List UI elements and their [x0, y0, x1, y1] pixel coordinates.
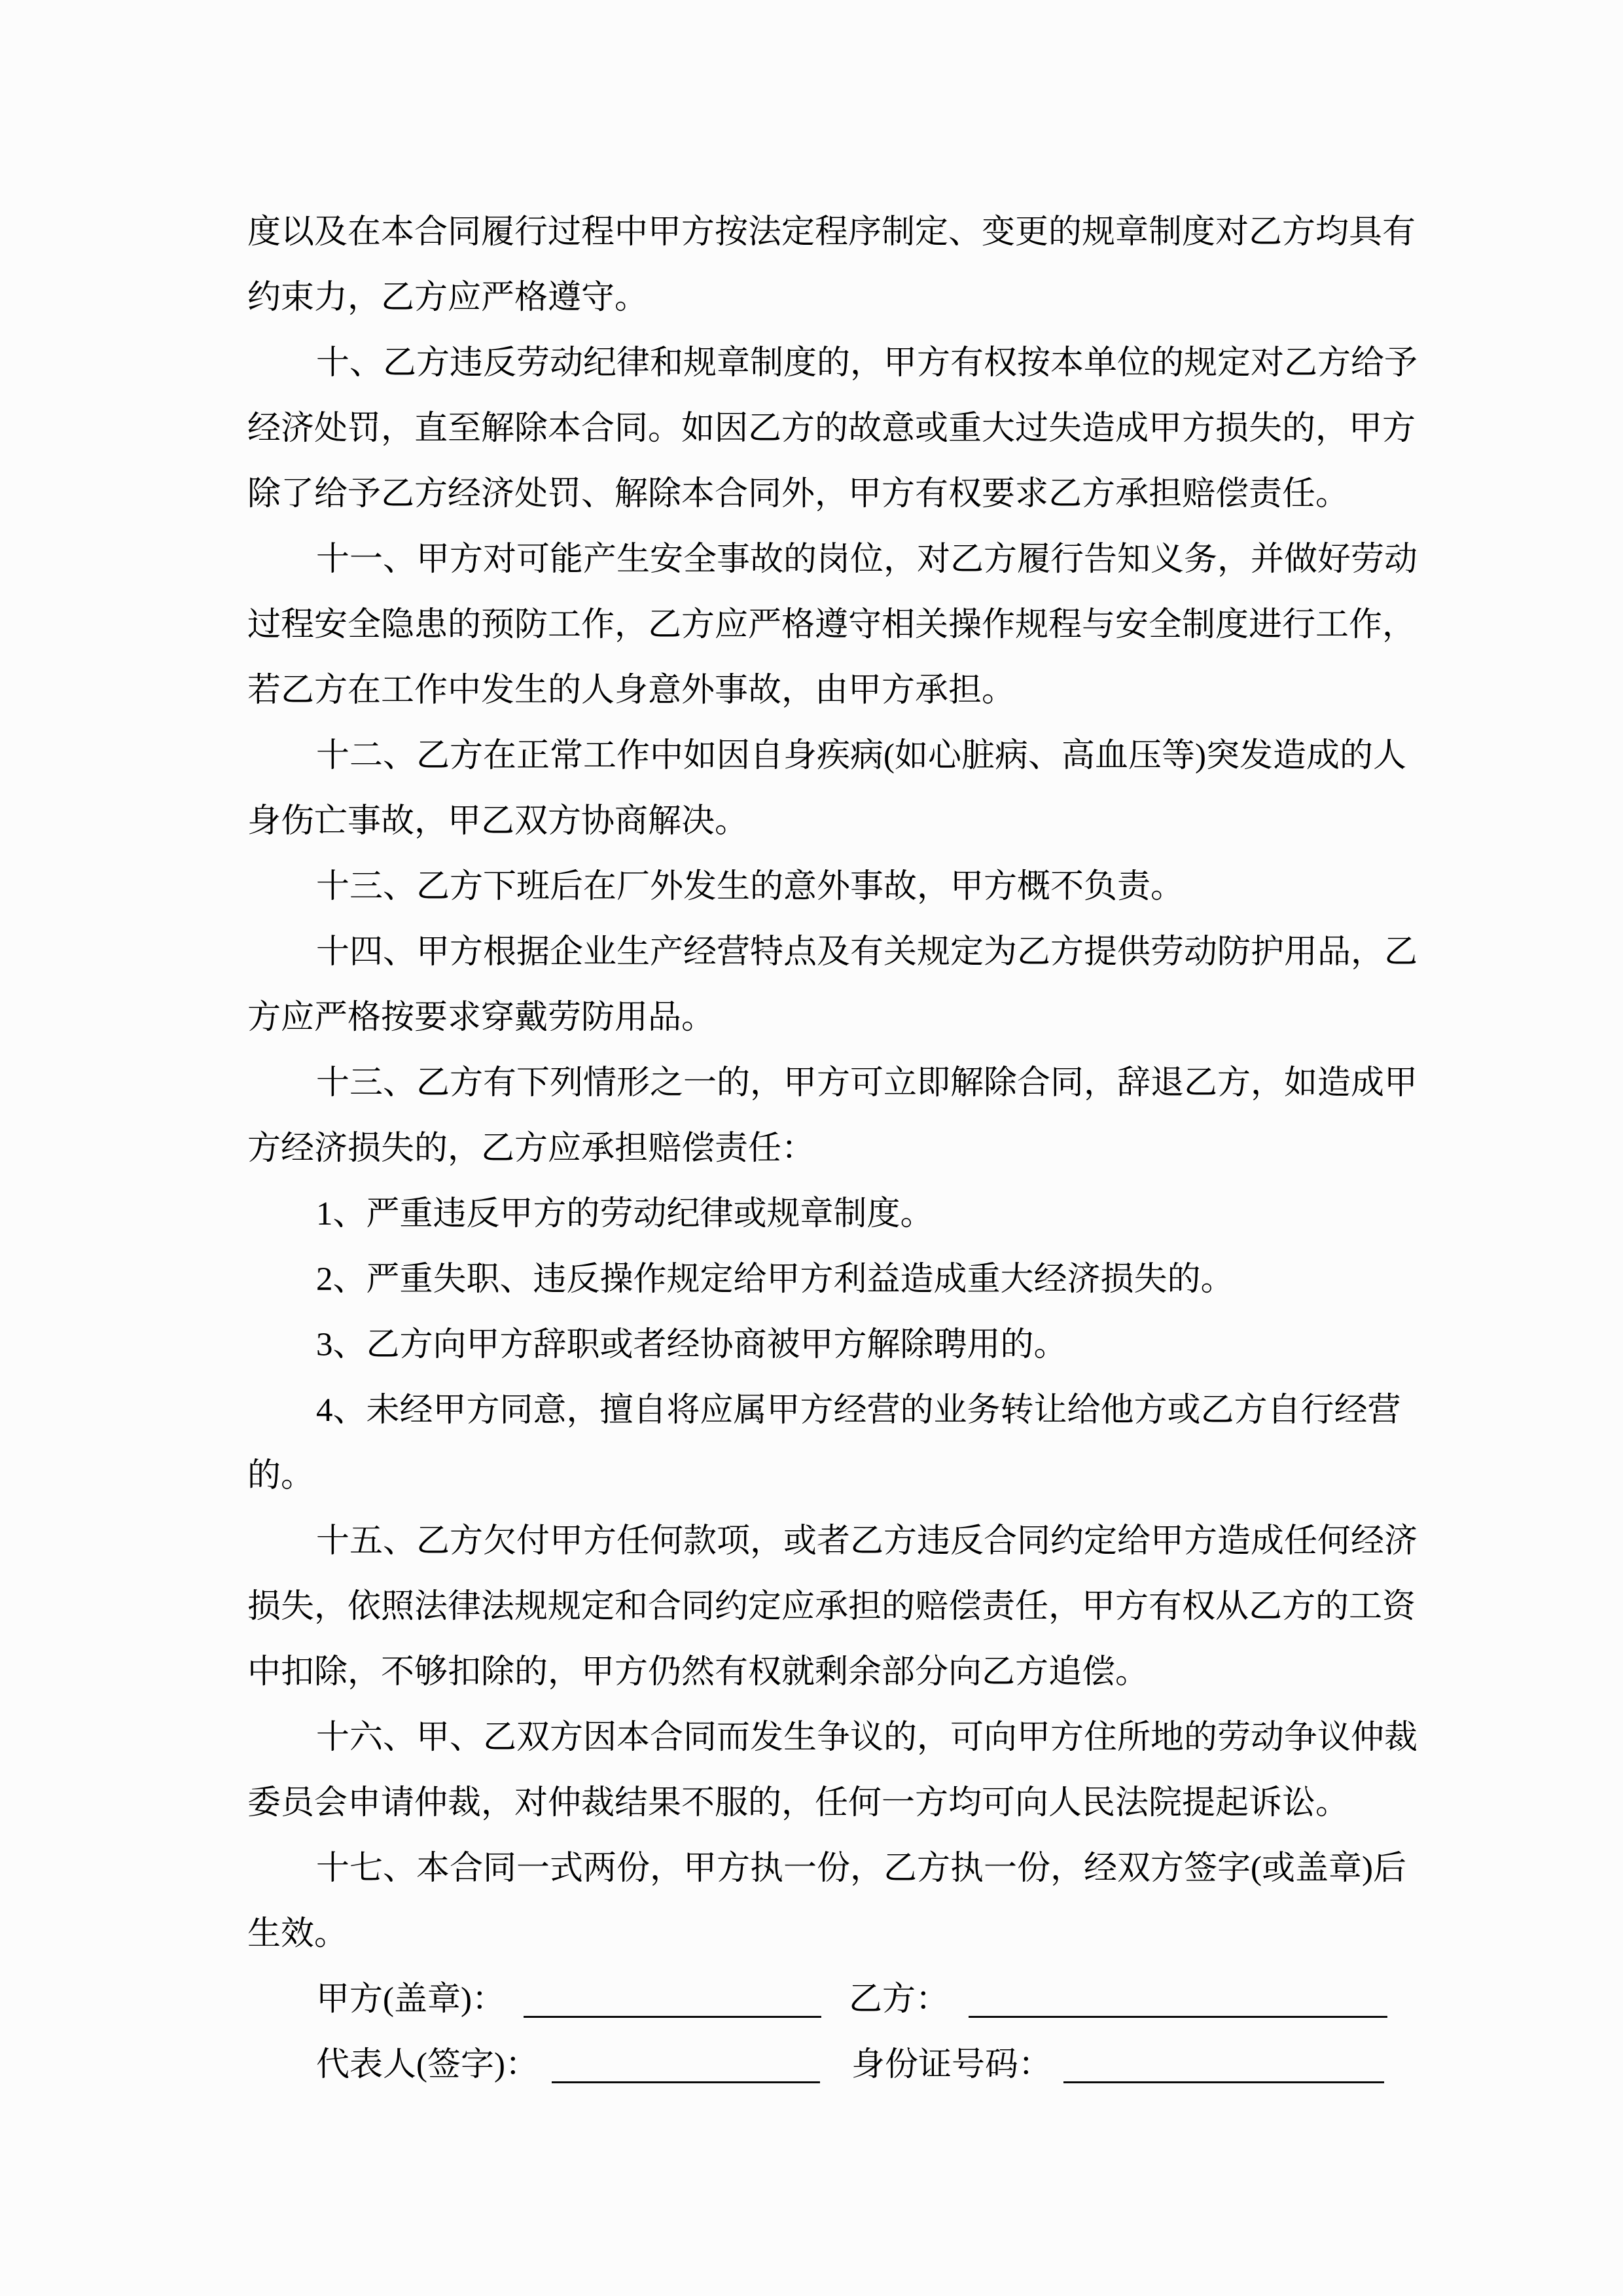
contract-line: 十六、甲、乙双方因本合同而发生争议的，可向甲方住所地的劳动争议仲裁 — [247, 1705, 1418, 1770]
contract-line: 十一、甲方对可能产生安全事故的岗位，对乙方履行告知义务，并做好劳动 — [247, 527, 1418, 592]
representative-signature-blank — [552, 2081, 820, 2083]
party-a-signature-blank — [524, 2016, 821, 2018]
contract-line: 若乙方在工作中发生的人身意外事故，由甲方承担。 — [247, 658, 1418, 723]
party-b-label: 乙方： — [849, 1981, 949, 2018]
contract-line: 过程安全隐患的预防工作，乙方应严格遵守相关操作规程与安全制度进行工作， — [247, 592, 1418, 658]
contract-line: 十二、乙方在正常工作中如因自身疾病(如心脏病、高血压等)突发造成的人 — [247, 723, 1418, 789]
id-number-label: 身份证号码： — [851, 2047, 1052, 2083]
contract-line: 中扣除，不够扣除的，甲方仍然有权就剩余部分向乙方追偿。 — [247, 1640, 1418, 1705]
party-a-seal-label: 甲方(盖章)： — [316, 1981, 505, 2018]
contract-line: 2、严重失职、违反操作规定给甲方利益造成重大经济损失的。 — [247, 1247, 1418, 1312]
signature-row-representative: 代表人(签字)：身份证号码： — [316, 2032, 1384, 2098]
representative-sign-label: 代表人(签字)： — [316, 2047, 539, 2083]
contract-line: 十三、乙方下班后在厂外发生的意外事故，甲方概不负责。 — [247, 854, 1418, 920]
contract-line: 身伤亡事故，甲乙双方协商解决。 — [247, 789, 1418, 854]
contract-line: 3、乙方向甲方辞职或者经协商被甲方解除聘用的。 — [247, 1312, 1418, 1378]
contract-line: 生效。 — [247, 1901, 1418, 1967]
contract-line: 4、未经甲方同意，擅自将应属甲方经营的业务转让给他方或乙方自行经营 — [247, 1378, 1418, 1443]
contract-page: 度以及在本合同履行过程中甲方按法定程序制定、变更的规章制度对乙方均具有约束力，乙… — [0, 0, 1623, 2296]
contract-line: 度以及在本合同履行过程中甲方按法定程序制定、变更的规章制度对乙方均具有 — [247, 200, 1418, 265]
contract-line: 十四、甲方根据企业生产经营特点及有关规定为乙方提供劳动防护用品，乙 — [247, 920, 1418, 985]
contract-line: 约束力，乙方应严格遵守。 — [247, 265, 1418, 331]
contract-line: 经济处罚，直至解除本合同。如因乙方的故意或重大过失造成甲方损失的，甲方 — [247, 396, 1418, 461]
contract-line: 损失，依照法律法规规定和合同约定应承担的赔偿责任，甲方有权从乙方的工资 — [247, 1574, 1418, 1640]
contract-line: 委员会申请仲裁，对仲裁结果不服的，任何一方均可向人民法院提起诉讼。 — [247, 1770, 1418, 1836]
contract-body: 度以及在本合同履行过程中甲方按法定程序制定、变更的规章制度对乙方均具有约束力，乙… — [247, 200, 1418, 1967]
id-number-blank — [1063, 2081, 1384, 2083]
contract-line: 方应严格按要求穿戴劳防用品。 — [247, 985, 1418, 1050]
contract-line: 十三、乙方有下列情形之一的，甲方可立即解除合同，辞退乙方，如造成甲 — [247, 1050, 1418, 1116]
contract-line: 十七、本合同一式两份，甲方执一份，乙方执一份，经双方签字(或盖章)后 — [247, 1836, 1418, 1901]
contract-line: 十五、乙方欠付甲方任何款项，或者乙方违反合同约定给甲方造成任何经济 — [247, 1509, 1418, 1574]
contract-line: 1、严重违反甲方的劳动纪律或规章制度。 — [247, 1181, 1418, 1247]
contract-line: 的。 — [247, 1443, 1418, 1509]
contract-line: 方经济损失的，乙方应承担赔偿责任： — [247, 1116, 1418, 1181]
party-b-signature-blank — [969, 2016, 1387, 2018]
signature-row-party: 甲方(盖章)：乙方： — [316, 1967, 1387, 2032]
contract-line: 十、乙方违反劳动纪律和规章制度的，甲方有权按本单位的规定对乙方给予 — [247, 331, 1418, 396]
contract-line: 除了给予乙方经济处罚、解除本合同外，甲方有权要求乙方承担赔偿责任。 — [247, 461, 1418, 527]
